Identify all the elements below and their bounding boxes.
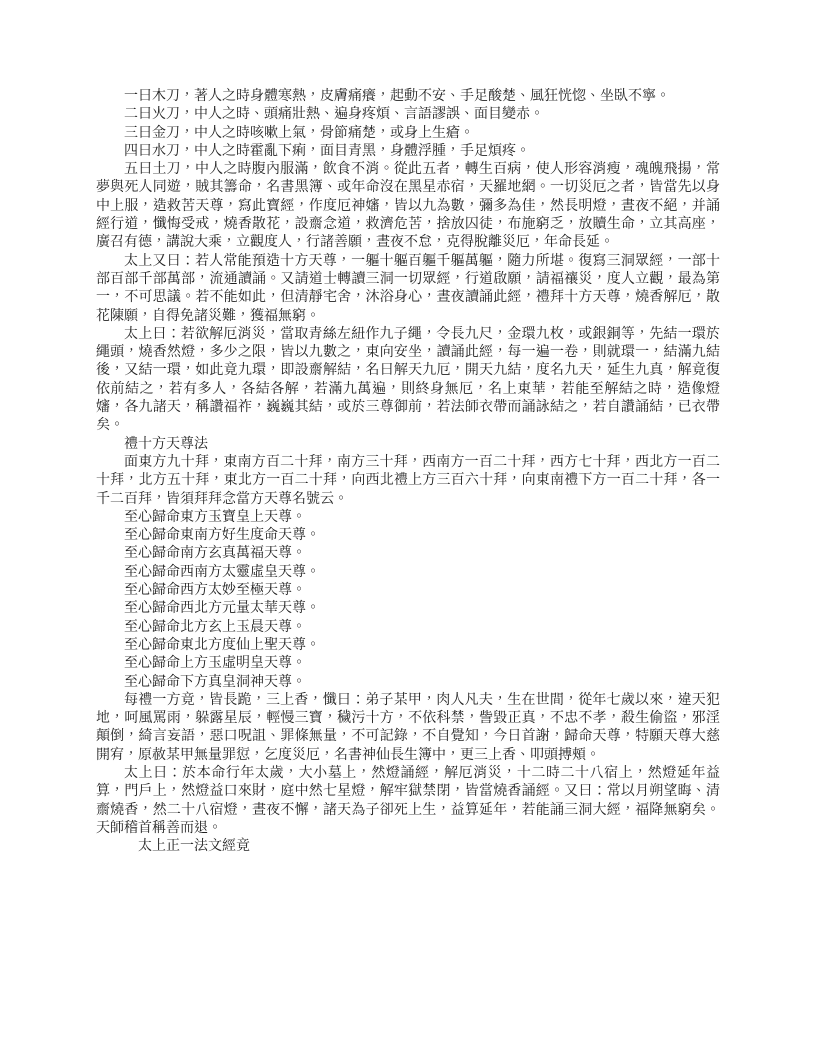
paragraph: 三曰金刀，中人之時咳嗽上氣，骨節痛楚，或身上生瘡。 xyxy=(96,125,720,143)
paragraph: 一曰木刀，著人之時身體寒熱，皮膚痛癢，起動不安、手足酸楚、風狂恍惚、坐臥不寧。 xyxy=(96,88,720,106)
paragraph: 至心歸命北方玄上玉晨天尊。 xyxy=(96,619,720,637)
paragraph: 至心歸命西南方太靈虛皇天尊。 xyxy=(96,564,720,582)
paragraph: 至心歸命西方太妙至極天尊。 xyxy=(96,582,720,600)
closing-line: 太上正一法文經竟 xyxy=(96,838,720,856)
paragraph: 至心歸命東南方好生度命天尊。 xyxy=(96,527,720,545)
paragraph: 太上曰：若欲解厄消災，當取青絲左紐作九子繩，令長九尺，金環九枚，或銀銅等，先結一… xyxy=(96,326,720,436)
paragraph: 至心歸命東方玉寶皇上天尊。 xyxy=(96,509,720,527)
paragraph: 禮十方天尊法 xyxy=(96,436,720,454)
paragraph: 二曰火刀，中人之時、頭痛壯熱、遍身疼煩、言語謬誤、面目變赤。 xyxy=(96,106,720,124)
paragraph: 太上曰：於本命行年太歲，大小墓上，然燈誦經，解厄消災，十二時二十八宿上，然燈延年… xyxy=(96,765,720,838)
document-page: 一曰木刀，著人之時身體寒熱，皮膚痛癢，起動不安、手足酸楚、風狂恍惚、坐臥不寧。二… xyxy=(0,0,816,1056)
paragraph: 太上又曰：若人常能預造十方天尊，一軀十軀百軀千軀萬軀，隨力所堪。復寫三洞眾經，一… xyxy=(96,253,720,326)
paragraph: 每禮一方竟，皆長跪，三上香，懺曰：弟子某甲，肉人凡夫，生在世間，從年七歲以來，違… xyxy=(96,692,720,765)
paragraph: 四曰水刀，中人之時霍亂下痢，面目青黑，身體浮腫，手足煩疼。 xyxy=(96,143,720,161)
paragraph: 至心歸命南方玄真萬福天尊。 xyxy=(96,545,720,563)
paragraph: 五曰土刀，中人之時腹內服滿，飲食不消。從此五者，轉生百病，使人形容消瘦，魂魄飛揚… xyxy=(96,161,720,252)
paragraph: 面東方九十拜，東南方百二十拜，南方三十拜，西南方一百二十拜，西方七十拜，西北方一… xyxy=(96,454,720,509)
paragraph: 至心歸命東北方度仙上聖天尊。 xyxy=(96,637,720,655)
document-body: 一曰木刀，著人之時身體寒熱，皮膚痛癢，起動不安、手足酸楚、風狂恍惚、坐臥不寧。二… xyxy=(96,88,720,856)
paragraph: 至心歸命上方玉虛明皇天尊。 xyxy=(96,655,720,673)
paragraph: 至心歸命下方真皇洞神天尊。 xyxy=(96,674,720,692)
paragraph: 至心歸命西北方元量太華天尊。 xyxy=(96,600,720,618)
